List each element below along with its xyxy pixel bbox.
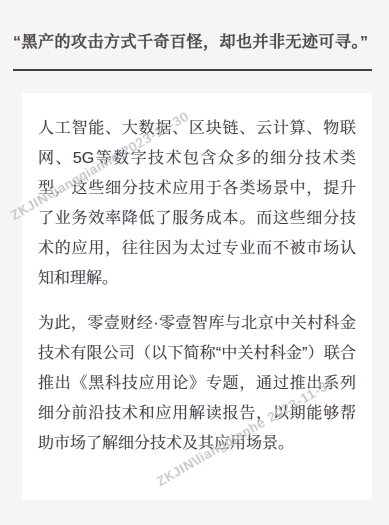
divider-line	[13, 69, 372, 71]
content-card: 人工智能、大数据、区块链、云计算、物联网、5G等数字技术包含众多的细分技术类型，…	[22, 93, 372, 500]
body-paragraph: 人工智能、大数据、区块链、云计算、物联网、5G等数字技术包含众多的细分技术类型，…	[38, 114, 356, 294]
body-paragraph: 为此，零壹财经·零壹智库与北京中关村科金技术有限公司（以下简称“中关村科金”）联…	[38, 309, 356, 459]
article-page: “黑产的攻击方式千奇百怪，却也并非无迹可寻。” 人工智能、大数据、区块链、云计算…	[0, 0, 389, 525]
pull-quote: “黑产的攻击方式千奇百怪，却也并非无迹可寻。”	[13, 29, 379, 52]
